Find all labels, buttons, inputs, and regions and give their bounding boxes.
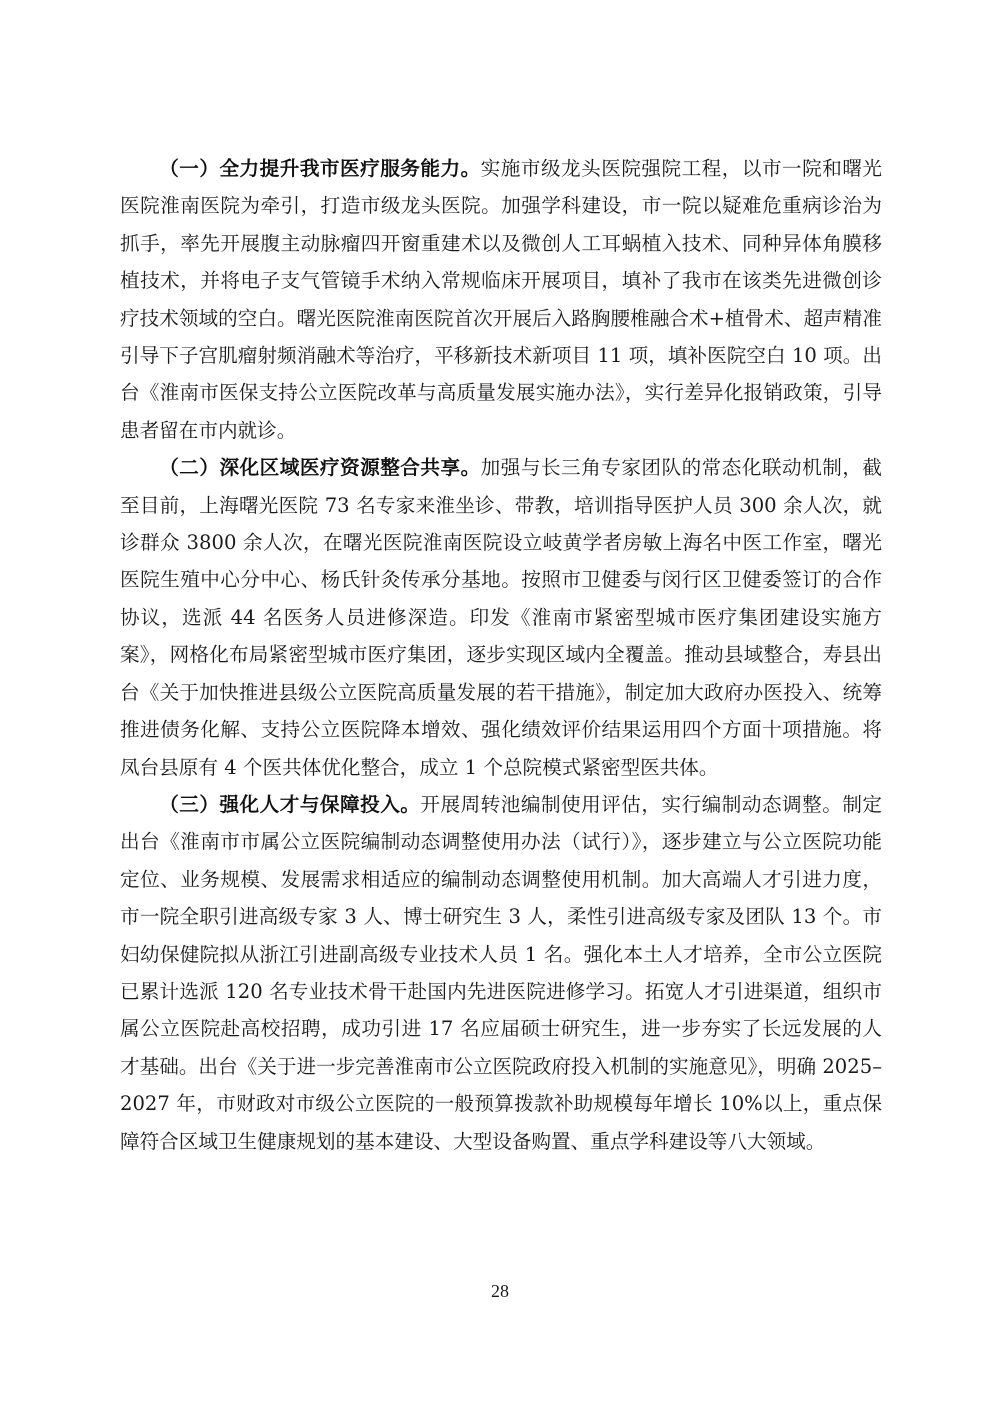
section-body-3: 开展周转池编制使用评估，实行编制动态调整。制定出台《淮南市市属公立医院编制动态调… — [120, 793, 882, 1153]
paragraph-regional-resource-integration: （二）深化区域医疗资源整合共享。加强与长三角专家团队的常态化联动机制，截至目前，… — [120, 449, 882, 786]
paragraph-medical-service-capacity: （一）全力提升我市医疗服务能力。实施市级龙头医院强院工程，以市一院和曙光医院淮南… — [120, 150, 882, 449]
section-heading-2: （二）深化区域医疗资源整合共享。 — [159, 456, 480, 479]
document-page: （一）全力提升我市医疗服务能力。实施市级龙头医院强院工程，以市一院和曙光医院淮南… — [120, 150, 882, 1160]
paragraph-talent-and-funding: （三）强化人才与保障投入。开展周转池编制使用评估，实行编制动态调整。制定出台《淮… — [120, 786, 882, 1160]
page-number: 28 — [0, 1281, 1000, 1302]
section-body-2: 加强与长三角专家团队的常态化联动机制，截至目前，上海曙光医院 73 名专家来淮坐… — [120, 456, 882, 778]
section-body-1: 实施市级龙头医院强院工程，以市一院和曙光医院淮南医院为牵引，打造市级龙头医院。加… — [120, 157, 882, 442]
section-heading-1: （一）全力提升我市医疗服务能力。 — [159, 157, 480, 180]
section-heading-3: （三）强化人才与保障投入。 — [159, 793, 420, 816]
